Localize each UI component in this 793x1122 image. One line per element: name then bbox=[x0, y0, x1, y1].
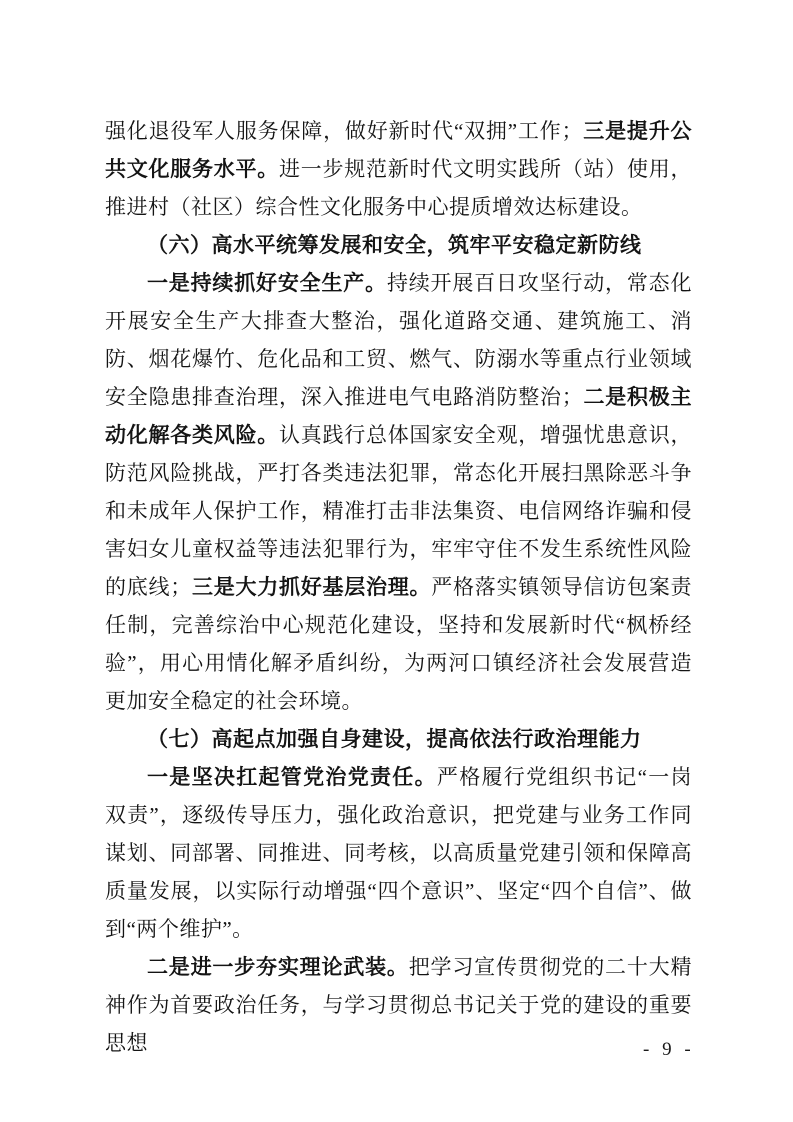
emphasis-text: 一是持续抓好安全生产。 bbox=[147, 271, 387, 295]
paragraph: 二是进一步夯实理论武装。把学习宣传贯彻党的二十大精神作为首要政治任务，与学习贯彻… bbox=[105, 948, 692, 1062]
page-number: - 9 - bbox=[643, 1038, 695, 1062]
emphasis-text: 二是进一步夯实理论武装。 bbox=[147, 955, 409, 979]
body-text: 严格履行党组织书记“一岗双责”，逐级传导压力，强化政治意识，把党建与业务工作同谋… bbox=[105, 765, 692, 941]
paragraph: 强化退役军人服务保障，做好新时代“双拥”工作；三是提升公共文化服务水平。进一步规… bbox=[105, 112, 692, 226]
emphasis-text: 一是坚决扛起管党治党责任。 bbox=[147, 765, 437, 789]
body-text: 强化退役军人服务保障，做好新时代“双拥”工作； bbox=[105, 119, 583, 143]
paragraph: 一是坚决扛起管党治党责任。严格履行党组织书记“一岗双责”，逐级传导压力，强化政治… bbox=[105, 758, 692, 948]
document-body: 强化退役军人服务保障，做好新时代“双拥”工作；三是提升公共文化服务水平。进一步规… bbox=[105, 112, 692, 1062]
paragraph: 一是持续抓好安全生产。持续开展百日攻坚行动，常态化开展安全生产大排查大整治，强化… bbox=[105, 264, 692, 720]
body-text: 认真践行总体国家安全观，增强忧患意识，防范风险挑战，严打各类违法犯罪，常态化开展… bbox=[105, 423, 692, 599]
emphasis-text: 三是大力抓好基层治理。 bbox=[192, 575, 432, 599]
emphasis-text: （七）高起点加强自身建设，提高依法行政治理能力 bbox=[147, 727, 642, 751]
emphasis-text: （六）高水平统筹发展和安全，筑牢平安稳定新防线 bbox=[147, 233, 642, 257]
document-page: 强化退役军人服务保障，做好新时代“双拥”工作；三是提升公共文化服务水平。进一步规… bbox=[0, 0, 793, 1122]
section-heading: （七）高起点加强自身建设，提高依法行政治理能力 bbox=[105, 720, 692, 758]
section-heading: （六）高水平统筹发展和安全，筑牢平安稳定新防线 bbox=[105, 226, 692, 264]
